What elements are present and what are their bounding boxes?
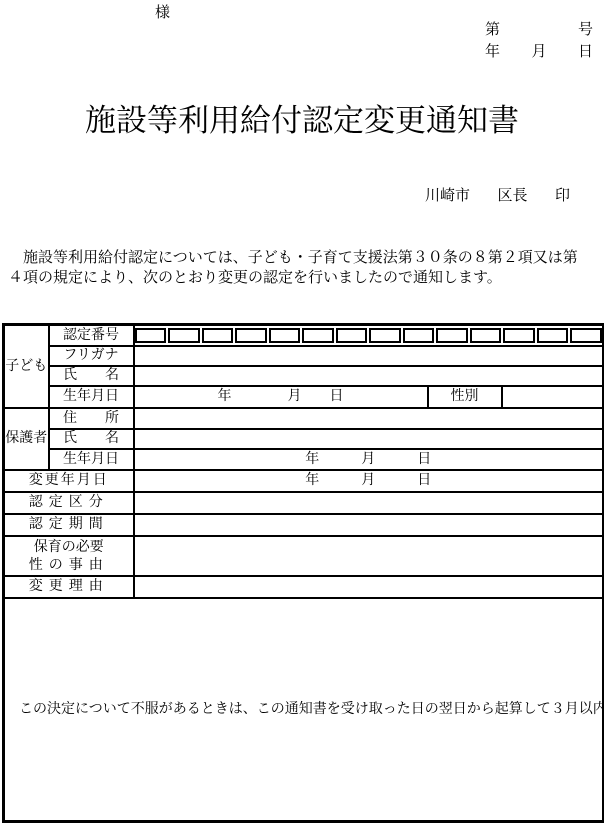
cert-number-box (168, 328, 200, 343)
cert-category-label: 認定区分 (4, 492, 134, 514)
child-birthdate-label: 生年月日 (49, 386, 134, 408)
change-date-label: 変更年月日 (4, 470, 134, 492)
notification-form: 子ども 認定番号 フリガナ 氏 名 生年月日 年 月 日 性別 保護者 住 所 (2, 323, 604, 823)
row-change-date: 変更年月日 年 月 日 (4, 470, 604, 492)
cert-number-box (503, 328, 535, 343)
cert-number-box (537, 328, 569, 343)
furigana-value (134, 346, 604, 366)
change-reason-label: 変更理由 (4, 576, 134, 598)
guardian-address-value (134, 408, 604, 429)
issuer-city: 川崎市 (425, 184, 470, 205)
row-child-name: 氏 名 (4, 366, 604, 386)
cert-number-box (369, 328, 401, 343)
care-reason-label-line1: 保育の必要 (5, 538, 133, 556)
cert-number-box (470, 328, 502, 343)
row-care-reason: 保育の必要 性の事由 (4, 536, 604, 576)
cert-number-cell (134, 325, 604, 346)
footer-note-cell: この決定について不服があるときは、この通知書を受け取った日の翌日から起算して３月… (4, 598, 604, 822)
cert-number-label: 認定番号 (49, 325, 134, 346)
gender-label: 性別 (428, 386, 502, 408)
row-guardian-address: 保護者 住 所 (4, 408, 604, 429)
row-change-reason: 変更理由 (4, 576, 604, 598)
guardian-name-label: 氏 名 (49, 429, 134, 449)
care-reason-label-line2: 性の事由 (5, 556, 133, 574)
care-reason-label: 保育の必要 性の事由 (4, 536, 134, 576)
cert-number-boxes (135, 328, 603, 343)
cert-period-label: 認定期間 (4, 514, 134, 536)
doc-date-day: 日 (578, 40, 593, 62)
guardian-name-value (134, 429, 604, 449)
issuer-seal: 印 (555, 184, 570, 205)
change-date-value: 年 月 日 (134, 470, 604, 492)
cert-number-box (570, 328, 602, 343)
cert-number-box (302, 328, 334, 343)
cert-number-box (235, 328, 267, 343)
form-table: 子ども 認定番号 フリガナ 氏 名 生年月日 年 月 日 性別 保護者 住 所 (2, 323, 604, 823)
row-child-birthdate: 生年月日 年 月 日 性別 (4, 386, 604, 408)
document-date-line: 年 月 日 (485, 40, 593, 62)
issuer-line: 川崎市 区長 印 (425, 184, 570, 205)
group-label-guardian: 保護者 (4, 408, 49, 470)
row-cert-period: 認定期間 (4, 514, 604, 536)
child-birthdate-value: 年 月 日 (134, 386, 428, 408)
row-cert-category: 認定区分 (4, 492, 604, 514)
cert-number-box (403, 328, 435, 343)
row-guardian-name: 氏 名 (4, 429, 604, 449)
cert-number-box (135, 328, 167, 343)
cert-number-box (336, 328, 368, 343)
page-title: 施設等利用給付認定変更通知書 (0, 95, 604, 140)
issuer-office: 区長 (497, 184, 527, 205)
furigana-label: フリガナ (49, 346, 134, 366)
row-cert-number: 子ども 認定番号 (4, 325, 604, 346)
footer-note: この決定について不服があるときは、この通知書を受け取った日の翌日から起算して３月… (5, 700, 602, 719)
row-furigana: フリガナ (4, 346, 604, 366)
doc-date-month: 月 (531, 40, 546, 62)
care-reason-value (134, 536, 604, 576)
row-footer-note: この決定について不服があるときは、この通知書を受け取った日の翌日から起算して３月… (4, 598, 604, 822)
child-name-label: 氏 名 (49, 366, 134, 386)
cert-number-box (436, 328, 468, 343)
cert-category-value (134, 492, 604, 514)
child-name-value (134, 366, 604, 386)
doc-number-prefix: 第 (485, 18, 500, 40)
intro-paragraph: 施設等利用給付認定については、子ども・子育て支援法第３０条の８第２項又は第４項の… (8, 248, 590, 287)
cert-number-box (269, 328, 301, 343)
doc-date-year: 年 (485, 40, 500, 62)
doc-number-suffix: 号 (578, 18, 593, 40)
recipient-suffix: 様 (155, 1, 170, 22)
guardian-birthdate-value: 年 月 日 (134, 449, 604, 470)
change-reason-value (134, 576, 604, 598)
document-number-block: 第 号 年 月 日 (485, 18, 593, 62)
guardian-birthdate-label: 生年月日 (49, 449, 134, 470)
group-label-child: 子ども (4, 325, 49, 408)
document-number-line: 第 号 (485, 18, 593, 40)
gender-value (502, 386, 604, 408)
guardian-address-label: 住 所 (49, 408, 134, 429)
cert-period-value (134, 514, 604, 536)
row-guardian-birthdate: 生年月日 年 月 日 (4, 449, 604, 470)
cert-number-box (202, 328, 234, 343)
